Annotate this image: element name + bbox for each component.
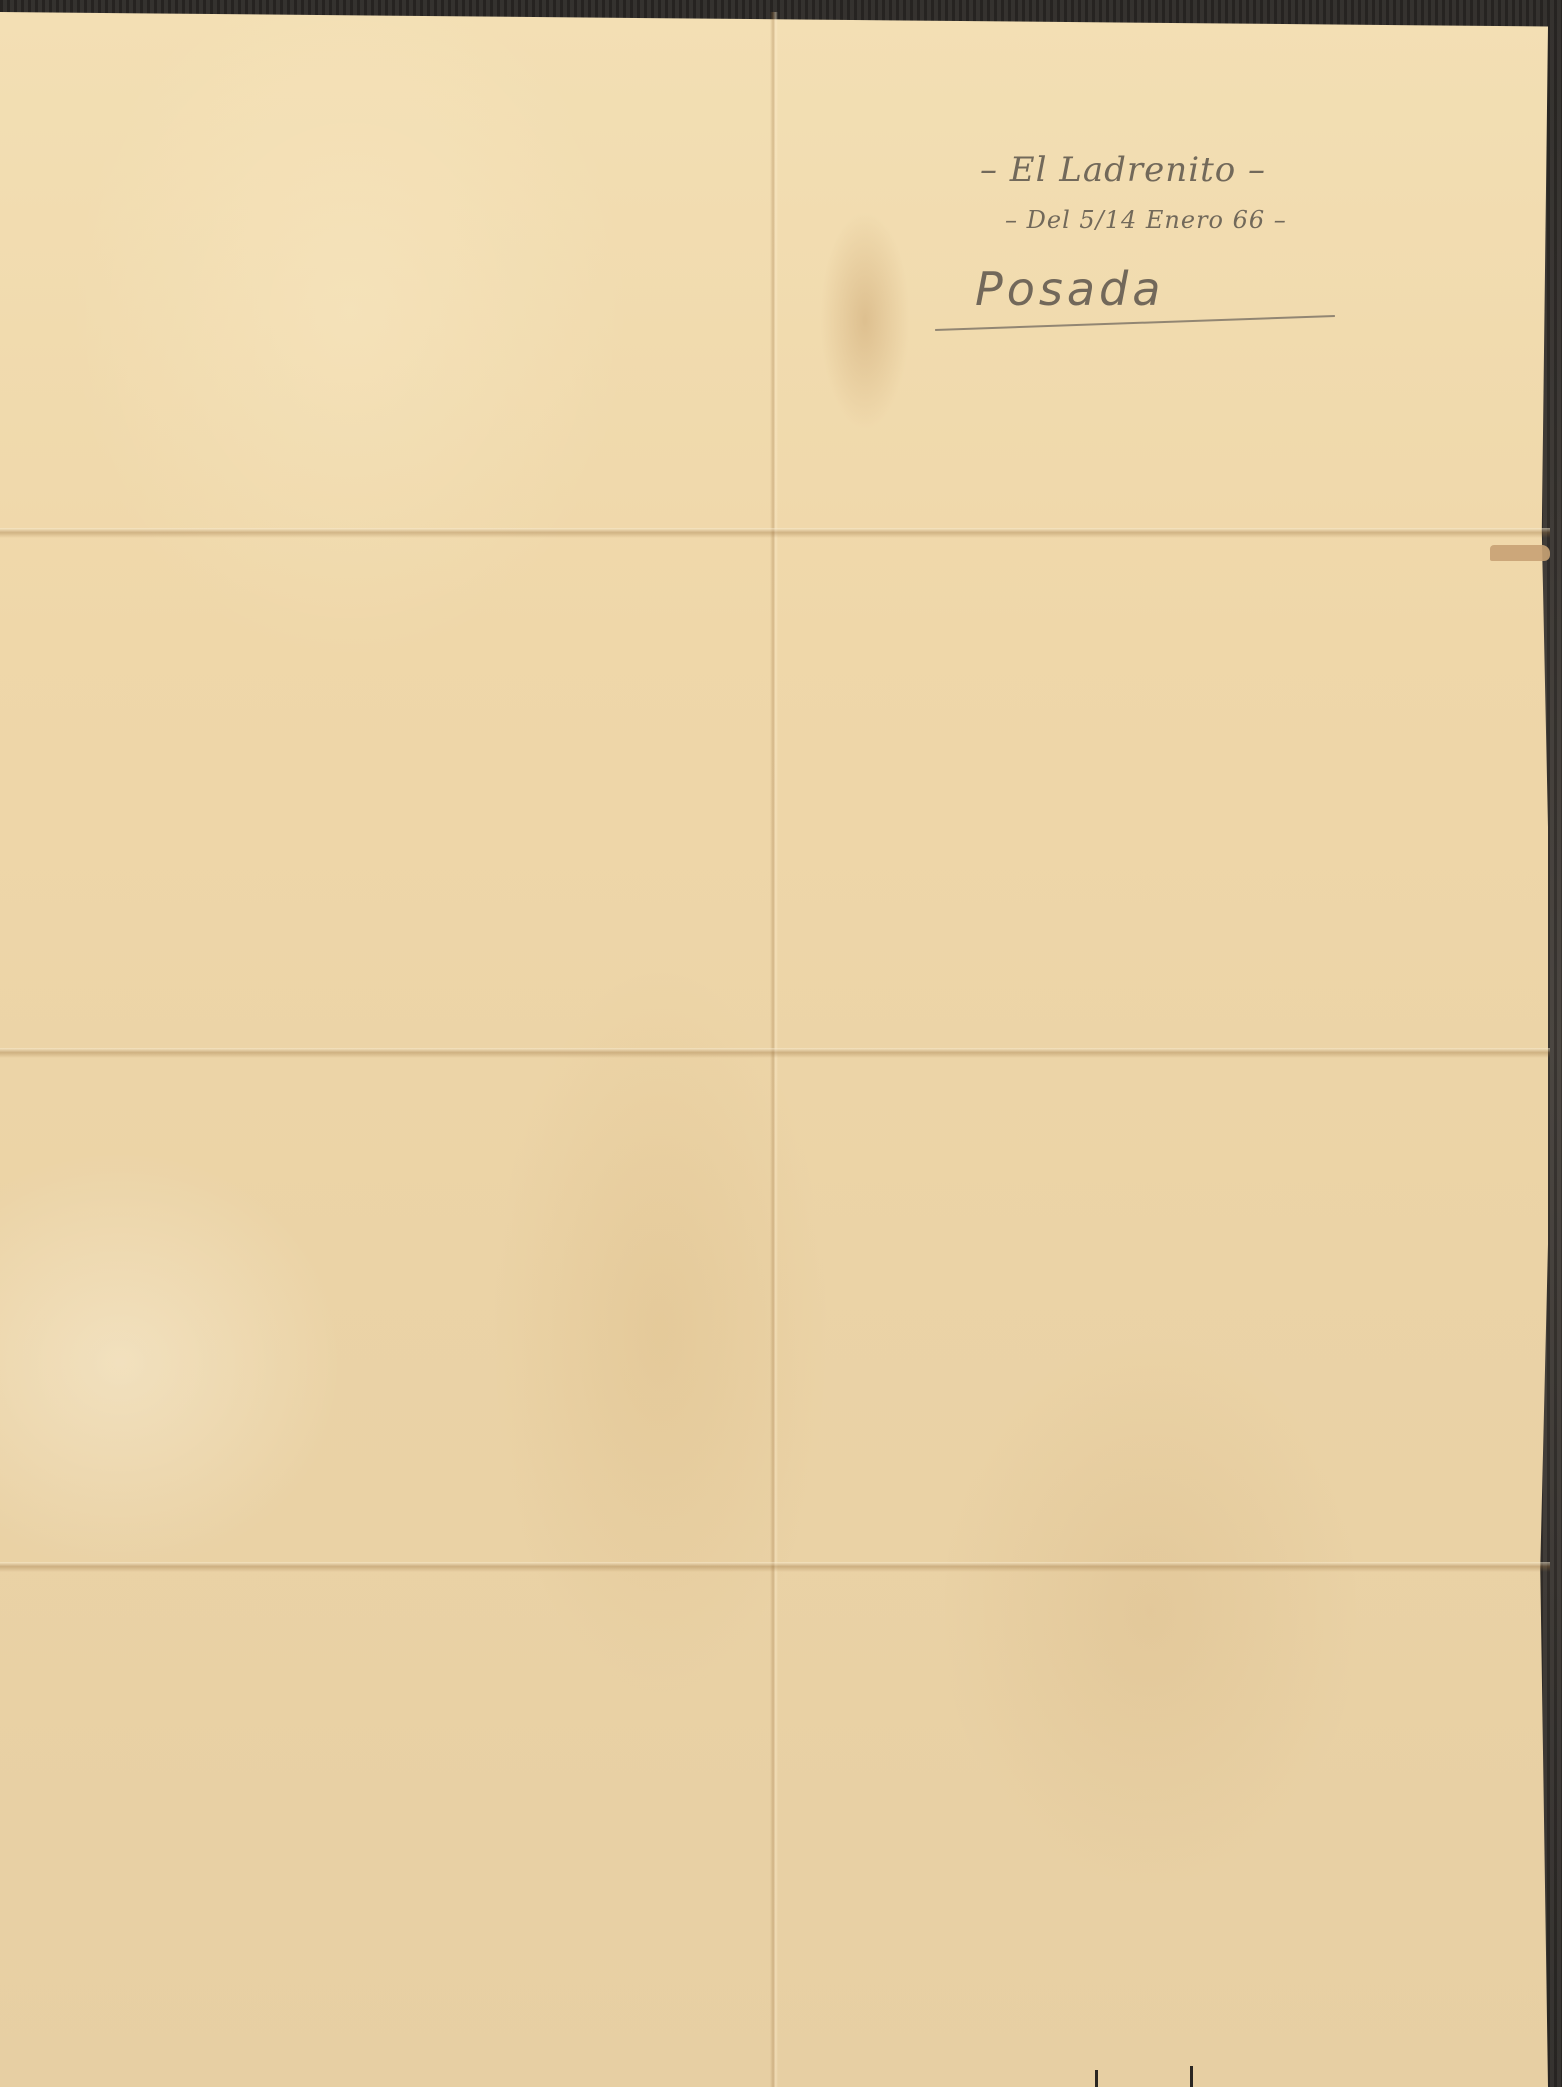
horizontal-fold-line [0,1048,1550,1058]
paper-stain [820,210,910,430]
handwritten-title: – El Ladrenito – [980,150,1266,190]
handwritten-date: – Del 5/14 Enero 66 – [1005,206,1287,234]
paper-tear [1490,545,1550,561]
bottom-edge-mark [1095,2070,1098,2087]
horizontal-fold-line [0,1562,1550,1572]
horizontal-fold-line [0,528,1550,538]
handwritten-signature: Posada [975,262,1164,316]
bottom-edge-mark [1190,2066,1193,2087]
